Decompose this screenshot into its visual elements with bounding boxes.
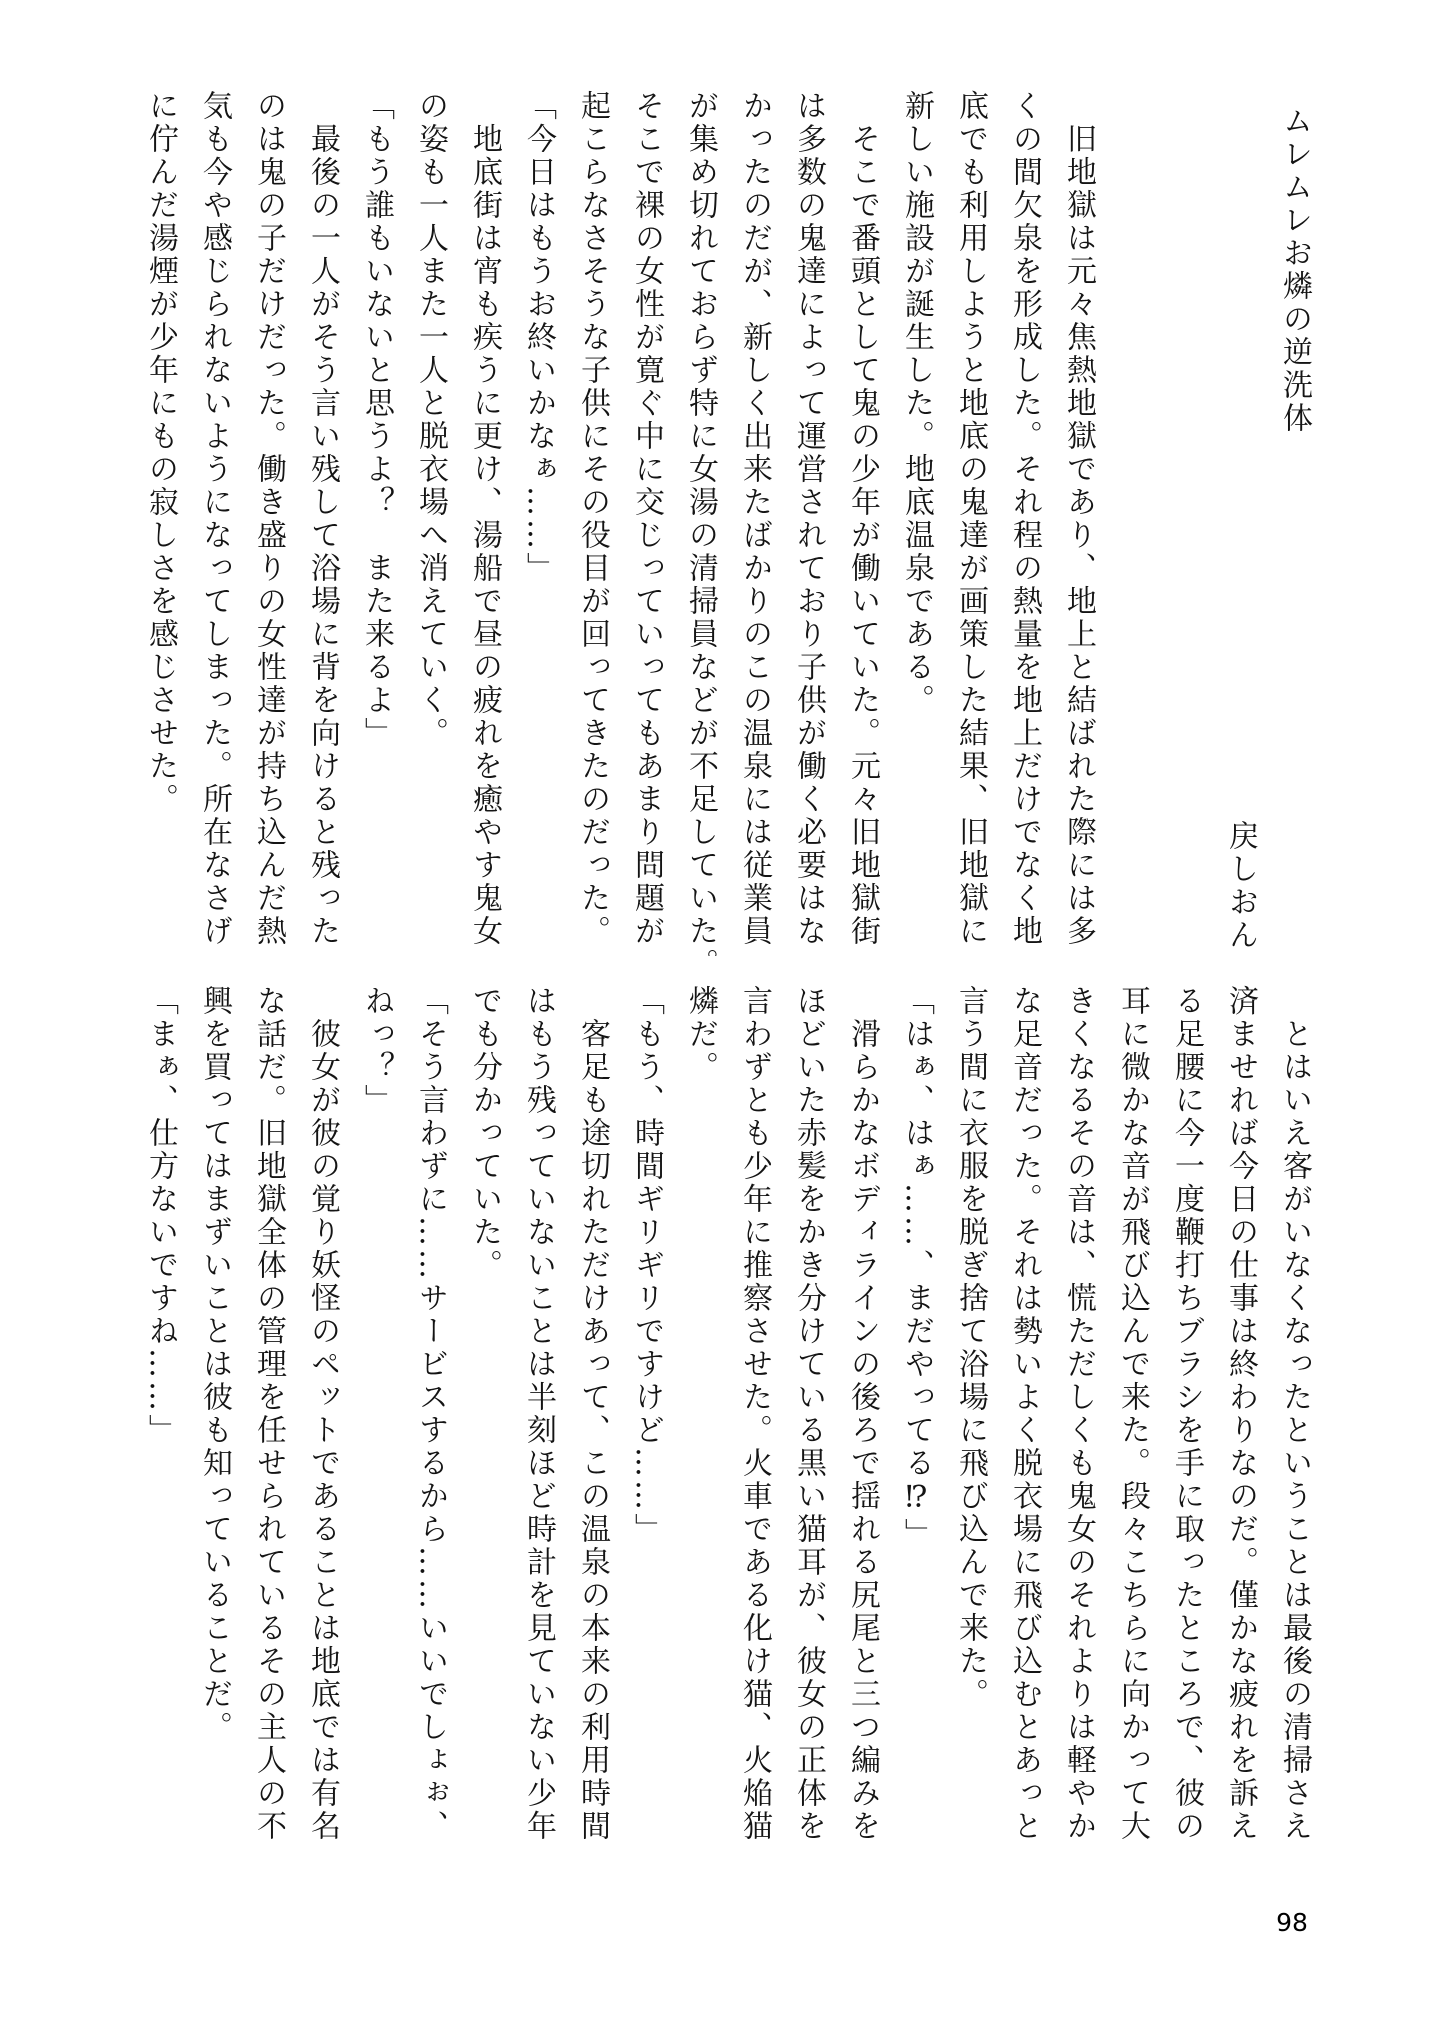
text-column: 地底街は宵も疾うに更け、湯船で昼の疲れを癒やす鬼女 bbox=[457, 90, 511, 956]
text-column: くの間欠泉を形成した。それ程の熱量を地上だけでなく地 bbox=[997, 90, 1051, 956]
page: ムレムレお燐の逆洗体 戻しおん 旧地獄は元々焦熱地獄であり、地上と結ばれた際には… bbox=[0, 0, 1433, 2024]
text-column: 「そう言わずに……サービスするから……いいでしょぉ、 bbox=[403, 985, 457, 1851]
text-column: の姿も一人また一人と脱衣場へ消えていく。 bbox=[403, 90, 457, 956]
text-column: 滑らかなボディラインの後ろで揺れる尻尾と三つ編みを bbox=[835, 985, 889, 1851]
text-column: そこで番頭として鬼の少年が働いていた。元々旧地獄街 bbox=[835, 90, 889, 956]
lower-text-block: とはいえ客がいなくなったということは最後の清掃さえ済ませれば今日の仕事は終わりな… bbox=[133, 985, 1321, 1851]
text-column: 底でも利用しようと地底の鬼達が画策した結果、旧地獄に bbox=[943, 90, 997, 956]
spacer-column bbox=[1105, 90, 1159, 956]
text-column: そこで裸の女性が寛ぐ中に交じっていってもあまり問題が bbox=[619, 90, 673, 956]
story-author: 戻しおん bbox=[1213, 90, 1267, 956]
text-column: は多数の鬼達によって運営されており子供が働く必要はな bbox=[781, 90, 835, 956]
text-column: に佇んだ湯煙が少年にもの寂しさを感じさせた。 bbox=[133, 90, 187, 956]
text-column: 客足も途切れただけあって、この温泉の本来の利用時間 bbox=[565, 985, 619, 1851]
text-column: かったのだが、新しく出来たばかりのこの温泉には従業員 bbox=[727, 90, 781, 956]
text-column: きくなるその音は、慌ただしくも鬼女のそれよりは軽やか bbox=[1051, 985, 1105, 1851]
page-number: 98 bbox=[1268, 1908, 1316, 1937]
text-column: な話だ。旧地獄全体の管理を任せられているその主人の不 bbox=[241, 985, 295, 1851]
text-column: 「まぁ、仕方ないですね……」 bbox=[133, 985, 187, 1851]
story-title: ムレムレお燐の逆洗体 bbox=[1267, 90, 1321, 956]
text-column: 興を買ってはまずいことは彼も知っていることだ。 bbox=[187, 985, 241, 1851]
text-column: でも分かっていた。 bbox=[457, 985, 511, 1851]
text-column: はもう残っていないことは半刻ほど時計を見ていない少年 bbox=[511, 985, 565, 1851]
text-column: 新しい施設が誕生した。地底温泉である。 bbox=[889, 90, 943, 956]
spacer-column bbox=[1159, 90, 1213, 956]
text-column: のは鬼の子だけだった。働き盛りの女性達が持ち込んだ熱 bbox=[241, 90, 295, 956]
text-column: ねっ？」 bbox=[349, 985, 403, 1851]
text-column: 「もう、時間ギリギリですけど……」 bbox=[619, 985, 673, 1851]
text-column: 耳に微かな音が飛び込んで来た。段々こちらに向かって大 bbox=[1105, 985, 1159, 1851]
text-column: 済ませれば今日の仕事は終わりなのだ。僅かな疲れを訴え bbox=[1213, 985, 1267, 1851]
text-column: な足音だった。それは勢いよく脱衣場に飛び込むとあっと bbox=[997, 985, 1051, 1851]
text-column: 「はぁ、はぁ……、まだやってる⁉」 bbox=[889, 985, 943, 1851]
upper-text-block: ムレムレお燐の逆洗体 戻しおん 旧地獄は元々焦熱地獄であり、地上と結ばれた際には… bbox=[133, 90, 1321, 956]
text-column: 起こらなさそうな子供にその役目が回ってきたのだった。 bbox=[565, 90, 619, 956]
text-column: 最後の一人がそう言い残して浴場に背を向けると残った bbox=[295, 90, 349, 956]
text-column: 「もう誰もいないと思うよ？ また来るよ」 bbox=[349, 90, 403, 956]
text-column: ほどいた赤髪をかき分けている黒い猫耳が、彼女の正体を bbox=[781, 985, 835, 1851]
text-column: 「今日はもうお終いかなぁ……」 bbox=[511, 90, 565, 956]
text-column: とはいえ客がいなくなったということは最後の清掃さえ bbox=[1267, 985, 1321, 1851]
text-column: 燐だ。 bbox=[673, 985, 727, 1851]
text-column: が集め切れておらず特に女湯の清掃員などが不足していた。 bbox=[673, 90, 727, 956]
text-column: 旧地獄は元々焦熱地獄であり、地上と結ばれた際には多 bbox=[1051, 90, 1105, 956]
text-column: る足腰に今一度鞭打ちブラシを手に取ったところで、彼の bbox=[1159, 985, 1213, 1851]
text-column: 気も今や感じられないようになってしまった。所在なさげ bbox=[187, 90, 241, 956]
text-column: 言わずとも少年に推察させた。火車である化け猫、火焔猫 bbox=[727, 985, 781, 1851]
text-column: 言う間に衣服を脱ぎ捨て浴場に飛び込んで来た。 bbox=[943, 985, 997, 1851]
text-column: 彼女が彼の覚り妖怪のペットであることは地底では有名 bbox=[295, 985, 349, 1851]
